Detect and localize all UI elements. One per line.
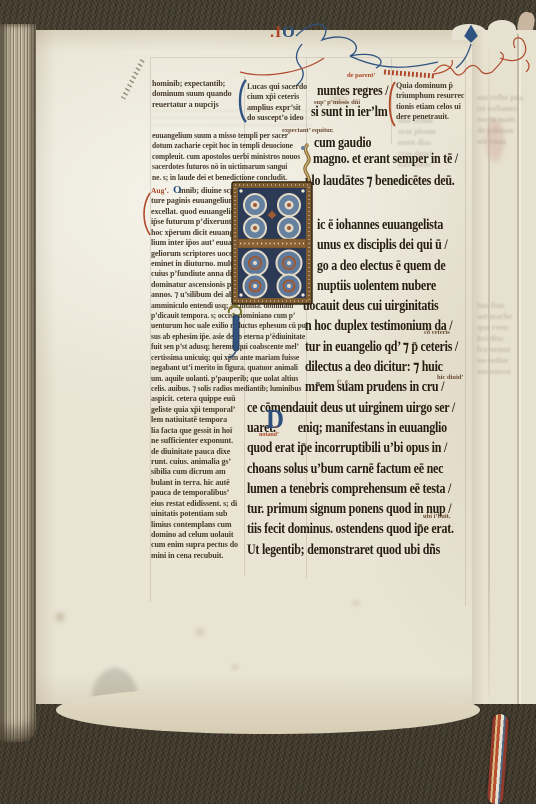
main-text-line: lumen a tenebris comprehensum eē testa /: [247, 479, 471, 499]
red-rubric-heading: de parent’: [347, 72, 376, 79]
gloss-line: Lucas qui sacerdo: [247, 82, 307, 92]
folio-number: .IO: [270, 24, 296, 42]
notandum-rubric: notand’: [259, 432, 279, 438]
interlinear-gloss: cō ceteris: [424, 329, 450, 336]
main-text-line: go a deo electus ē quem de: [317, 256, 485, 276]
interlinear-gloss: f’. ē.: [337, 379, 349, 386]
gloss-line: reuertatur a nupcijs: [152, 100, 231, 110]
main-text-line: tur in euangelio qd’ ⁊ p̄ ceteris /: [305, 337, 483, 357]
bleed-through-line: noctn main: [477, 114, 523, 125]
stain: [196, 628, 204, 636]
gloss-line: do suscept’o ideo: [247, 113, 307, 123]
bleed-through-line: orat plenm: [398, 126, 436, 137]
stain: [232, 664, 238, 670]
interlinear-gloss: expectant’ equitur.: [282, 127, 334, 134]
gloss-line: tionis etiam celos ui: [396, 102, 464, 112]
bleed-through-line: de rahusm: [477, 125, 523, 136]
gloss-line: compleuit. cum apostolos uerbi ministros…: [152, 152, 300, 162]
main-text-line: ic ē iohannes euuangelista: [317, 215, 485, 235]
main-text-line: choans solus u’bum carnē factum eē nec: [247, 459, 471, 479]
page-bottom-edge: [56, 686, 480, 734]
main-text-line: Ut legentib; demonstraret quod ubi dñs: [247, 540, 471, 560]
stain: [55, 612, 65, 622]
main-text-line: plo laudātes ⁊ benedicētes deū.: [305, 171, 455, 190]
main-text-line: quod erat ip̄e incorruptibili u’bi opus …: [247, 438, 471, 458]
gloss-line: dominum suum quando: [152, 89, 231, 99]
main-text-line: unus ex disciplis dei qui ū /: [317, 235, 485, 255]
gloss-line: Quia dominum p̄: [396, 81, 464, 91]
main-text-line: uocauit deus cui uirginitatis: [303, 296, 482, 316]
gloss-line: dere penetrauit.: [396, 112, 464, 122]
initial-i: [225, 303, 247, 361]
gloss-line: cium xp̄i ceteris: [247, 92, 307, 102]
bleed-through-line: um refho pna: [477, 92, 523, 103]
main-text-line: magno. et erant semper in tē /: [313, 151, 458, 168]
bleed-through-line: tei wrhanez: [477, 103, 523, 114]
main-text-line: cum gaudio: [314, 135, 371, 152]
gloss-line: hominib; expectantib;: [152, 79, 231, 89]
gloss-line: dotum zacharie cepit hoc in templi deuoc…: [152, 141, 300, 151]
augustine-rubric: Aug’.: [151, 186, 169, 195]
main-text-line: nuptiis uolentem nubere: [317, 276, 485, 296]
stain: [352, 600, 360, 606]
page-stack-edge: [0, 24, 36, 742]
main-text-line: n hoc duplex testimonium da /: [305, 316, 483, 336]
gloss-line: euuangelium suum a misso templi per sace…: [152, 131, 300, 141]
gloss-line: amplius expr’sit: [247, 103, 307, 113]
bleed-through-line: uemt dias: [398, 137, 436, 148]
interlinear-gloss: sup’ p’missis dñi: [314, 99, 360, 106]
gloss-line: triumphum resurrec: [396, 91, 464, 101]
bleed-through-line: niv enau: [477, 136, 523, 147]
initial-o: O: [173, 184, 182, 196]
main-text-line: si sunt in ier’lm: [311, 104, 387, 121]
main-text-line: nuntes regres /: [317, 83, 388, 100]
folio-number-red: .I: [270, 24, 282, 41]
manuscript-photo: um refho pnatei wrhaneznoctn mainde rahu…: [0, 0, 536, 804]
initial-d: D~: [266, 406, 284, 432]
main-text-line: tiis fecit dominus. ostendens quod ip̄e …: [247, 519, 471, 539]
interlinear-gloss: hic diuid’: [437, 374, 464, 381]
interlinear-gloss: ubi i’buit.: [423, 513, 450, 520]
folio-number-blue: O: [282, 24, 295, 41]
gloss-line: sacerdotes futuros nō in uictimarum sang…: [152, 162, 300, 172]
